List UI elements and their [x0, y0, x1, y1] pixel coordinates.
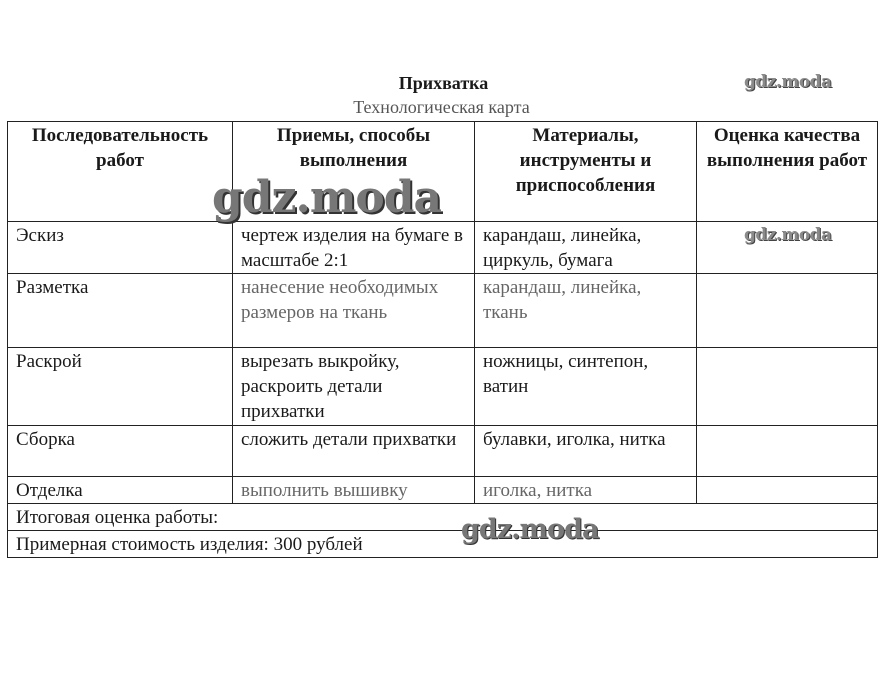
table-row: Раскрой вырезать выкройку, раскроить дет… [8, 348, 878, 426]
cell-grade [697, 426, 878, 477]
cell-step: Раскрой [8, 348, 233, 426]
cell-grade [697, 348, 878, 426]
table-header-row: Последовательность работ Приемы, способы… [8, 122, 878, 222]
cell-grade [697, 274, 878, 348]
cell-grade [697, 477, 878, 504]
cell-step: Отделка [8, 477, 233, 504]
cell-materials: карандаш, линейка, ткань [475, 274, 697, 348]
cell-materials: иголка, нитка [475, 477, 697, 504]
total-grade-row: Итоговая оценка работы: [8, 504, 878, 531]
cell-materials: карандаш, линейка, циркуль, бумага [475, 222, 697, 274]
table-row: Сборка сложить детали прихватки булавки,… [8, 426, 878, 477]
approx-cost-row: Примерная стоимость изделия: 300 рублей [8, 531, 878, 558]
cell-materials: булавки, иголка, нитка [475, 426, 697, 477]
total-grade: Итоговая оценка работы: [8, 504, 878, 531]
cell-step: Разметка [8, 274, 233, 348]
cell-method: выполнить вышивку [233, 477, 475, 504]
cell-step: Эскиз [8, 222, 233, 274]
cell-method: сложить детали прихватки [233, 426, 475, 477]
watermark-bottom: gdz.moda [461, 514, 598, 545]
document-subtitle: Технологическая карта [0, 96, 883, 118]
cell-materials: ножницы, синтепон, ватин [475, 348, 697, 426]
technology-card-table: Последовательность работ Приемы, способы… [7, 121, 878, 558]
cell-method: вырезать выкройку, раскроить детали прих… [233, 348, 475, 426]
header-materials: Материалы, инструменты и приспособления [475, 122, 697, 222]
table-row: Отделка выполнить вышивку иголка, нитка [8, 477, 878, 504]
watermark-top: gdz.moda [744, 72, 832, 92]
cell-step: Сборка [8, 426, 233, 477]
table-row: Эскиз чертеж изделия на бумаге в масштаб… [8, 222, 878, 274]
cell-method: чертеж изделия на бумаге в масштабе 2:1 [233, 222, 475, 274]
header-quality: Оценка качества выполнения работ [697, 122, 878, 222]
approx-cost: Примерная стоимость изделия: 300 рублей [8, 531, 878, 558]
watermark-large: gdz.moda [212, 172, 441, 223]
header-sequence: Последовательность работ [8, 122, 233, 222]
cell-method: нанесение необходимых размеров на ткань [233, 274, 475, 348]
table-row: Разметка нанесение необходимых размеров … [8, 274, 878, 348]
cell-grade [697, 222, 878, 274]
